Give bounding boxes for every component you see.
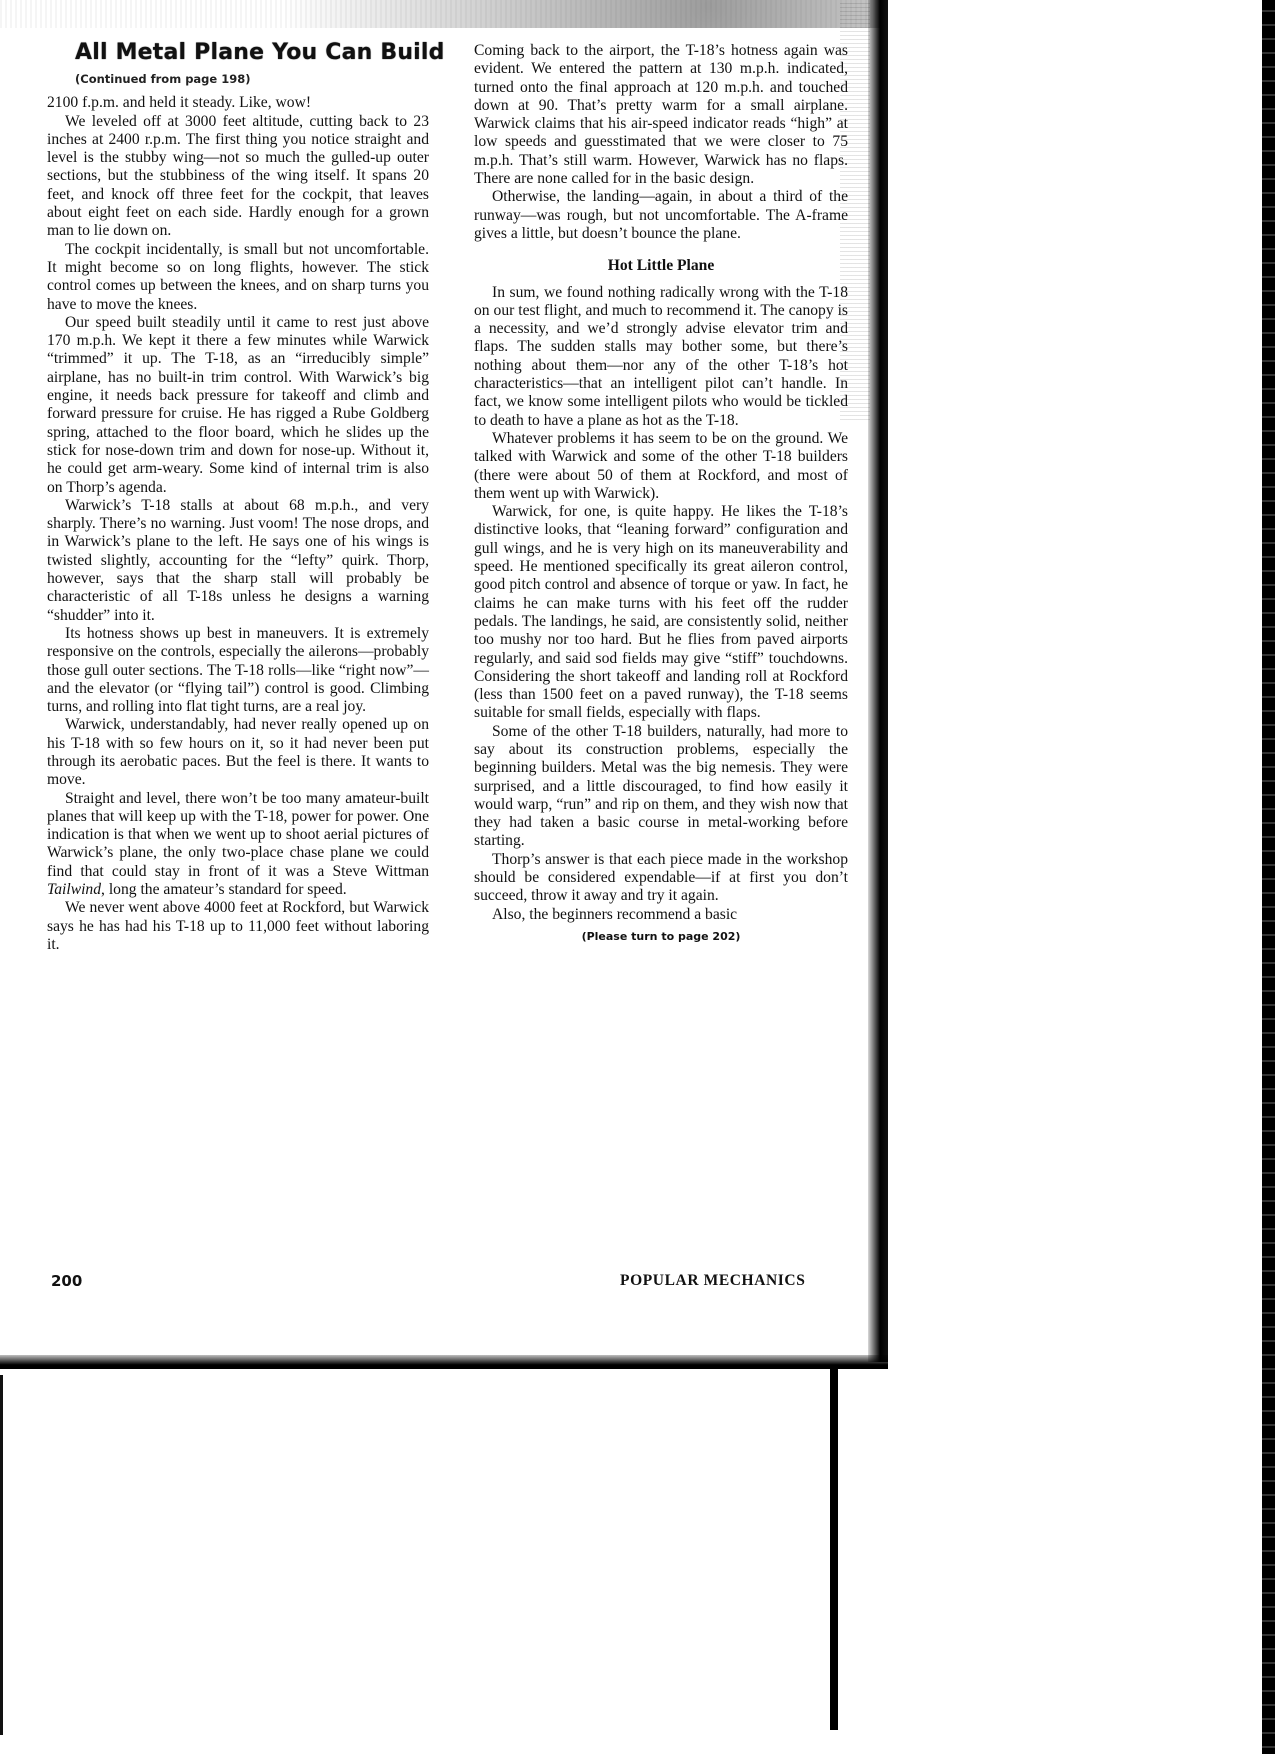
paragraph: 2100 f.p.m. and held it steady. Like, wo…: [47, 94, 429, 112]
paragraph: The cockpit incidentally, is small but n…: [47, 241, 429, 314]
section-heading: Hot Little Plane: [474, 257, 848, 275]
continued-from-note: (Continued from page 198): [75, 70, 429, 88]
paragraph: Its hotness shows up best in maneuvers. …: [47, 625, 429, 716]
paragraph: Whatever problems it has seem to be on t…: [474, 430, 848, 503]
scan-edge-bottom: [0, 1355, 888, 1369]
scan-edge-right: [868, 0, 888, 1362]
paragraph: Warwick’s T-18 stalls at about 68 m.p.h.…: [47, 497, 429, 625]
paragraph: We leveled off at 3000 feet altitude, cu…: [47, 113, 429, 241]
continued-on-note: (Please turn to page 202): [474, 928, 848, 946]
italic-plane-name: Tailwind: [47, 881, 101, 898]
scan-edge-left: [0, 1375, 3, 1735]
article-headline: All Metal Plane You Can Build: [75, 40, 429, 66]
paragraph: Our speed built steadily until it came t…: [47, 314, 429, 497]
paragraph: Straight and level, there won’t be too m…: [47, 790, 429, 900]
paragraph: Some of the other T-18 builders, natural…: [474, 723, 848, 851]
scan-fold-line: [830, 1368, 838, 1730]
page-number: 200: [51, 1272, 82, 1290]
scan-edge-top: [0, 0, 885, 28]
scan-edge-far-right: [1262, 0, 1275, 1754]
paragraph: Warwick, for one, is quite happy. He lik…: [474, 503, 848, 723]
right-column: Coming back to the airport, the T-18’s h…: [474, 42, 848, 946]
paragraph: Otherwise, the landing—again, in about a…: [474, 188, 848, 243]
left-column: All Metal Plane You Can Build (Continued…: [47, 40, 429, 954]
scanned-page: All Metal Plane You Can Build (Continued…: [0, 0, 885, 1362]
paragraph: We never went above 4000 feet at Rockfor…: [47, 899, 429, 954]
paragraph-text: Straight and level, there won’t be too m…: [47, 790, 429, 880]
paragraph-text: , long the amateur’s standard for speed.: [101, 881, 347, 898]
paragraph: Also, the beginners recommend a basic: [474, 906, 848, 924]
paragraph: Thorp’s answer is that each piece made i…: [474, 851, 848, 906]
paragraph: Warwick, understandably, had never reall…: [47, 716, 429, 789]
publication-name: POPULAR MECHANICS: [620, 1272, 805, 1290]
paragraph: In sum, we found nothing radically wrong…: [474, 284, 848, 430]
paragraph: Coming back to the airport, the T-18’s h…: [474, 42, 848, 188]
